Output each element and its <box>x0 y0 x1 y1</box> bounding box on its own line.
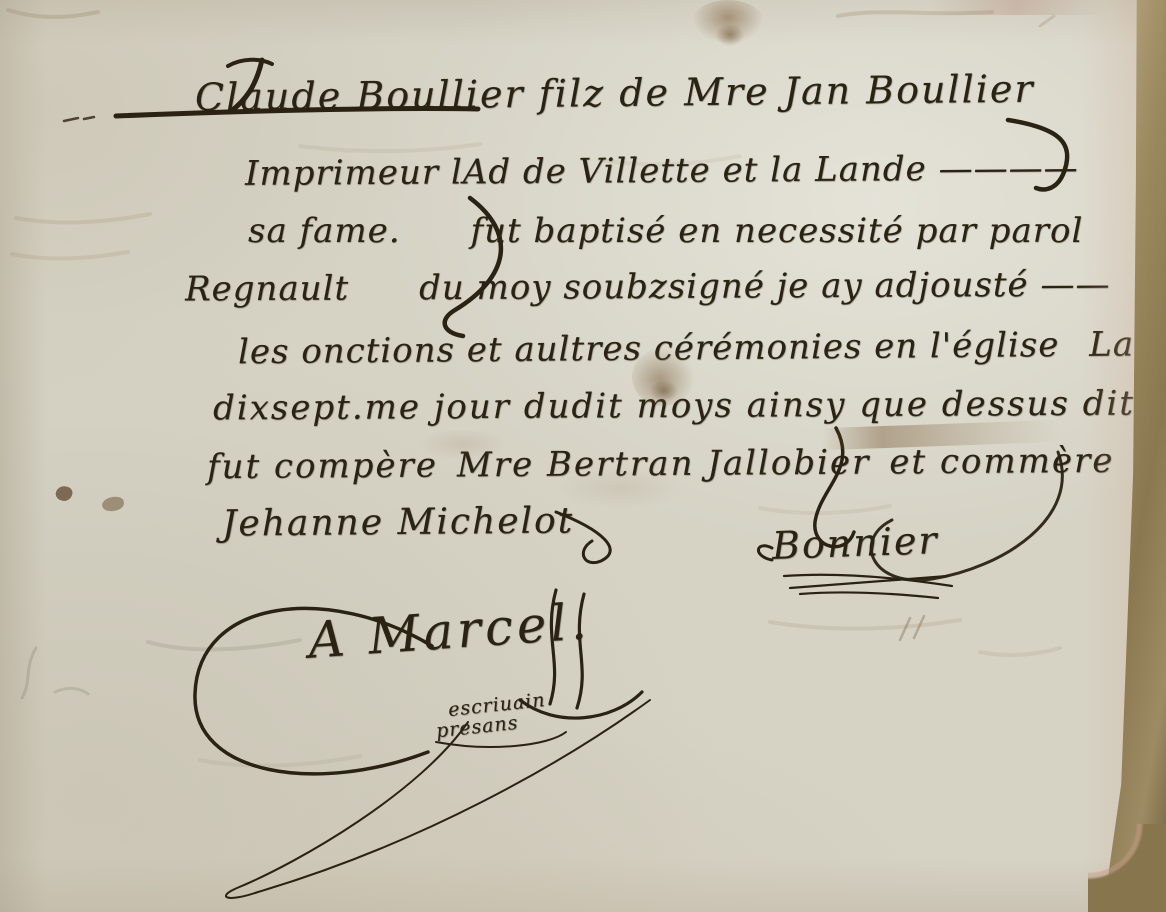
page-corner-curl <box>1088 824 1166 912</box>
initial-flourish-bar <box>228 60 272 66</box>
signature-main: A Marcel. <box>307 596 592 666</box>
top-edge-smear <box>928 0 1104 15</box>
manuscript-line-3: sa fame. fut baptisé en necessité par pa… <box>248 214 1083 248</box>
manuscript-line-1: Claude Boullier filz de Mre Jan Boullier <box>195 70 1035 117</box>
bonnier-lead-curl <box>758 546 772 560</box>
manuscript-line-2: Imprimeur lAd de Villette et la Lande ——… <box>245 151 1079 191</box>
manuscript-line-4: Regnault du moy soubzsigné je ay adjoust… <box>185 268 1111 307</box>
ink-stain-top-core <box>716 24 744 46</box>
ink-speck-left-2 <box>101 496 125 513</box>
bleedthrough-numeral-marks <box>900 616 924 640</box>
ink-stain-top <box>692 0 764 44</box>
manuscript-line-5: les onctions et aultres cérémonies en l'… <box>238 327 1166 370</box>
manuscript-line-6: dixsept.me jour dudit moys ainsy que des… <box>213 387 1135 426</box>
manuscript-line-8: Jehanne Michelot <box>222 503 574 542</box>
signature-witness: Bonnier <box>771 521 939 565</box>
manuscript-page: Claude Boullier filz de Mre Jan Boullier… <box>0 0 1166 912</box>
left-tick-marks <box>64 117 94 121</box>
manuscript-line-7: fut compère Mre Bertran Jallobier et com… <box>207 444 1115 484</box>
attestation-line-2: presans <box>435 714 519 742</box>
ink-speck-left-1 <box>54 484 74 504</box>
bonnier-underline-hatch <box>784 575 952 598</box>
